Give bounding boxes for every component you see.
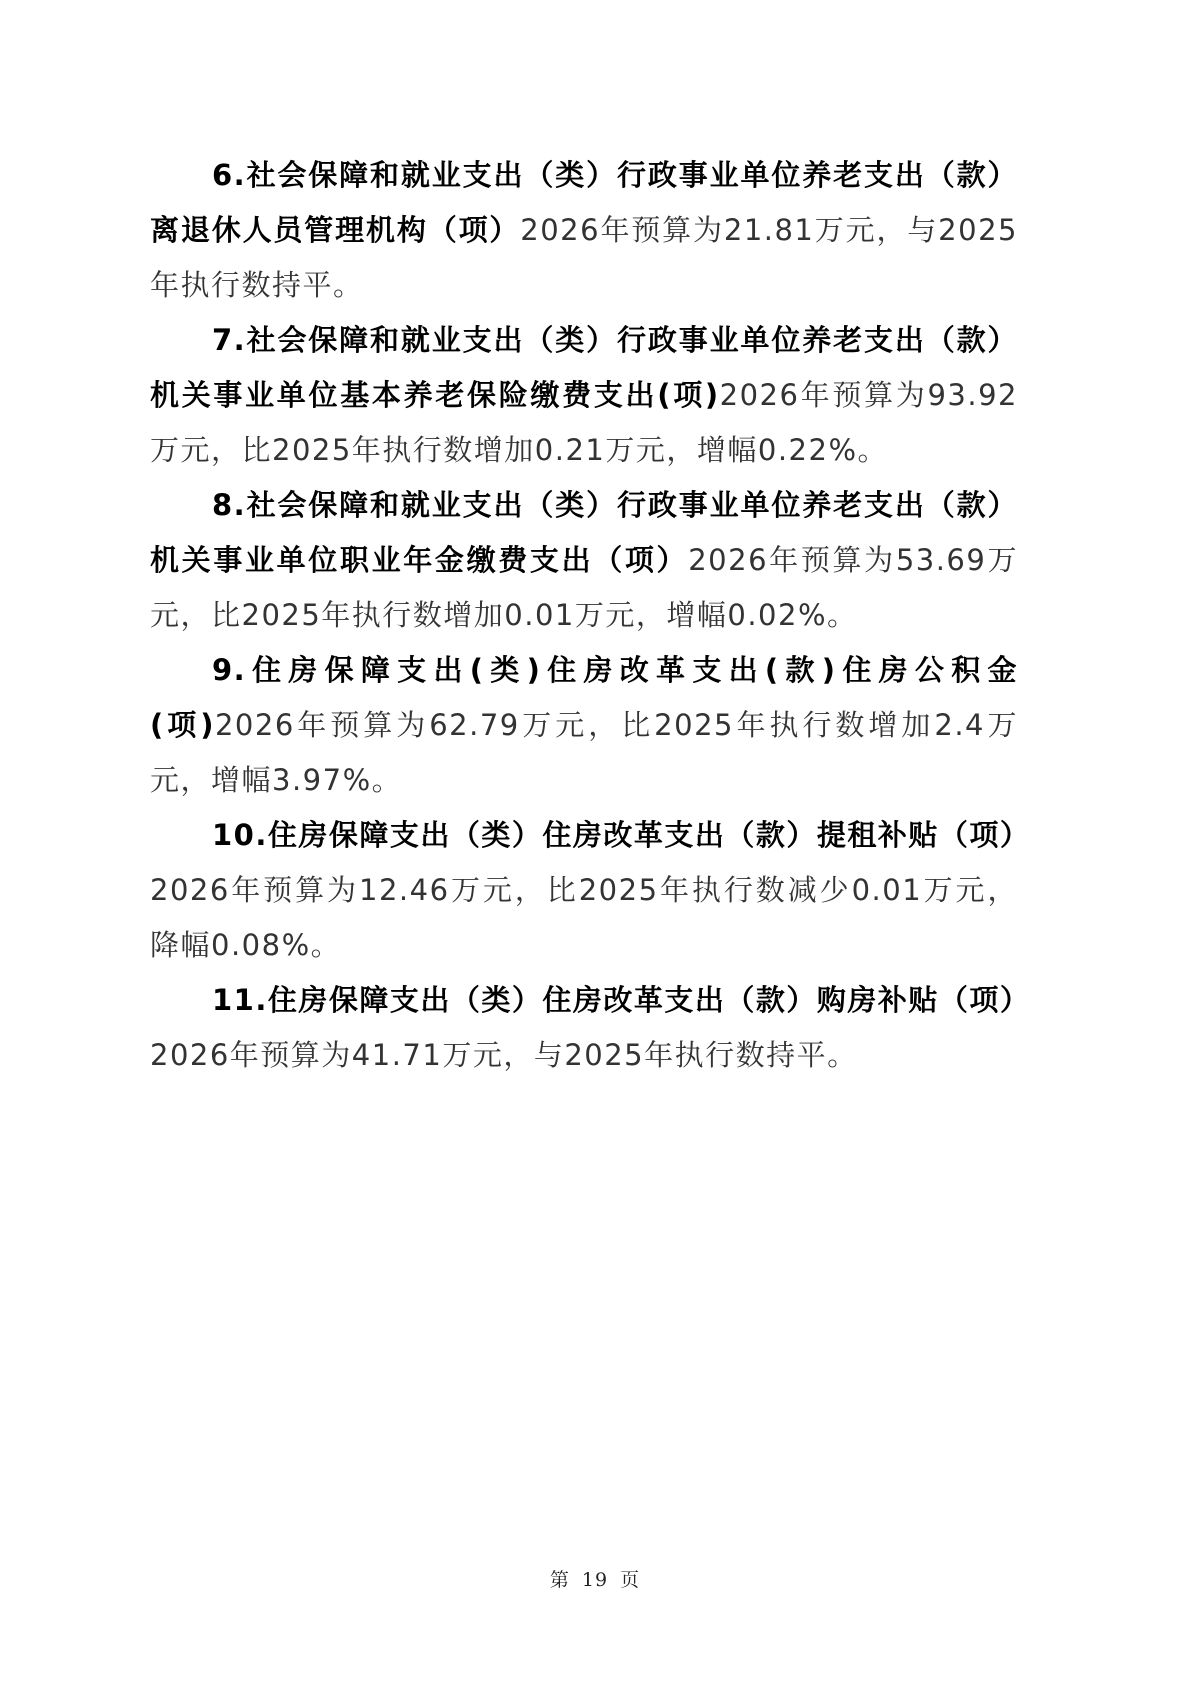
paragraph-heading: 11.住房保障支出（类）住房改革支出（款）购房补贴（项） — [212, 983, 1030, 1017]
paragraph-item-9: 9.住房保障支出(类)住房改革支出(款)住房公积金(项)2026年预算为62.7… — [150, 643, 1018, 808]
document-page: 6.社会保障和就业支出（类）行政事业单位养老支出（款）离退休人员管理机构（项）2… — [150, 148, 1018, 1083]
paragraph-item-6: 6.社会保障和就业支出（类）行政事业单位养老支出（款）离退休人员管理机构（项）2… — [150, 148, 1018, 313]
page-number-footer: 第19页 — [0, 1565, 1190, 1592]
paragraph-item-8: 8.社会保障和就业支出（类）行政事业单位养老支出（款）机关事业单位职业年金缴费支… — [150, 478, 1018, 643]
paragraph-body: 2026年预算为41.71万元，与2025年执行数持平。 — [150, 1038, 858, 1072]
page-number: 19 — [582, 1569, 608, 1591]
paragraph-item-11: 11.住房保障支出（类）住房改革支出（款）购房补贴（项）2026年预算为41.7… — [150, 973, 1018, 1083]
paragraph-heading: 10.住房保障支出（类）住房改革支出（款）提租补贴（项） — [212, 818, 1030, 852]
page-suffix: 页 — [620, 1569, 640, 1591]
paragraph-body: 2026年预算为62.79万元，比2025年执行数增加2.4万元，增幅3.97%… — [150, 708, 1018, 797]
paragraph-body: 2026年预算为12.46万元，比2025年执行数减少0.01万元，降幅0.08… — [150, 873, 1018, 962]
paragraph-item-10: 10.住房保障支出（类）住房改革支出（款）提租补贴（项）2026年预算为12.4… — [150, 808, 1018, 973]
paragraph-item-7: 7.社会保障和就业支出（类）行政事业单位养老支出（款）机关事业单位基本养老保险缴… — [150, 313, 1018, 478]
page-prefix: 第 — [550, 1569, 570, 1591]
